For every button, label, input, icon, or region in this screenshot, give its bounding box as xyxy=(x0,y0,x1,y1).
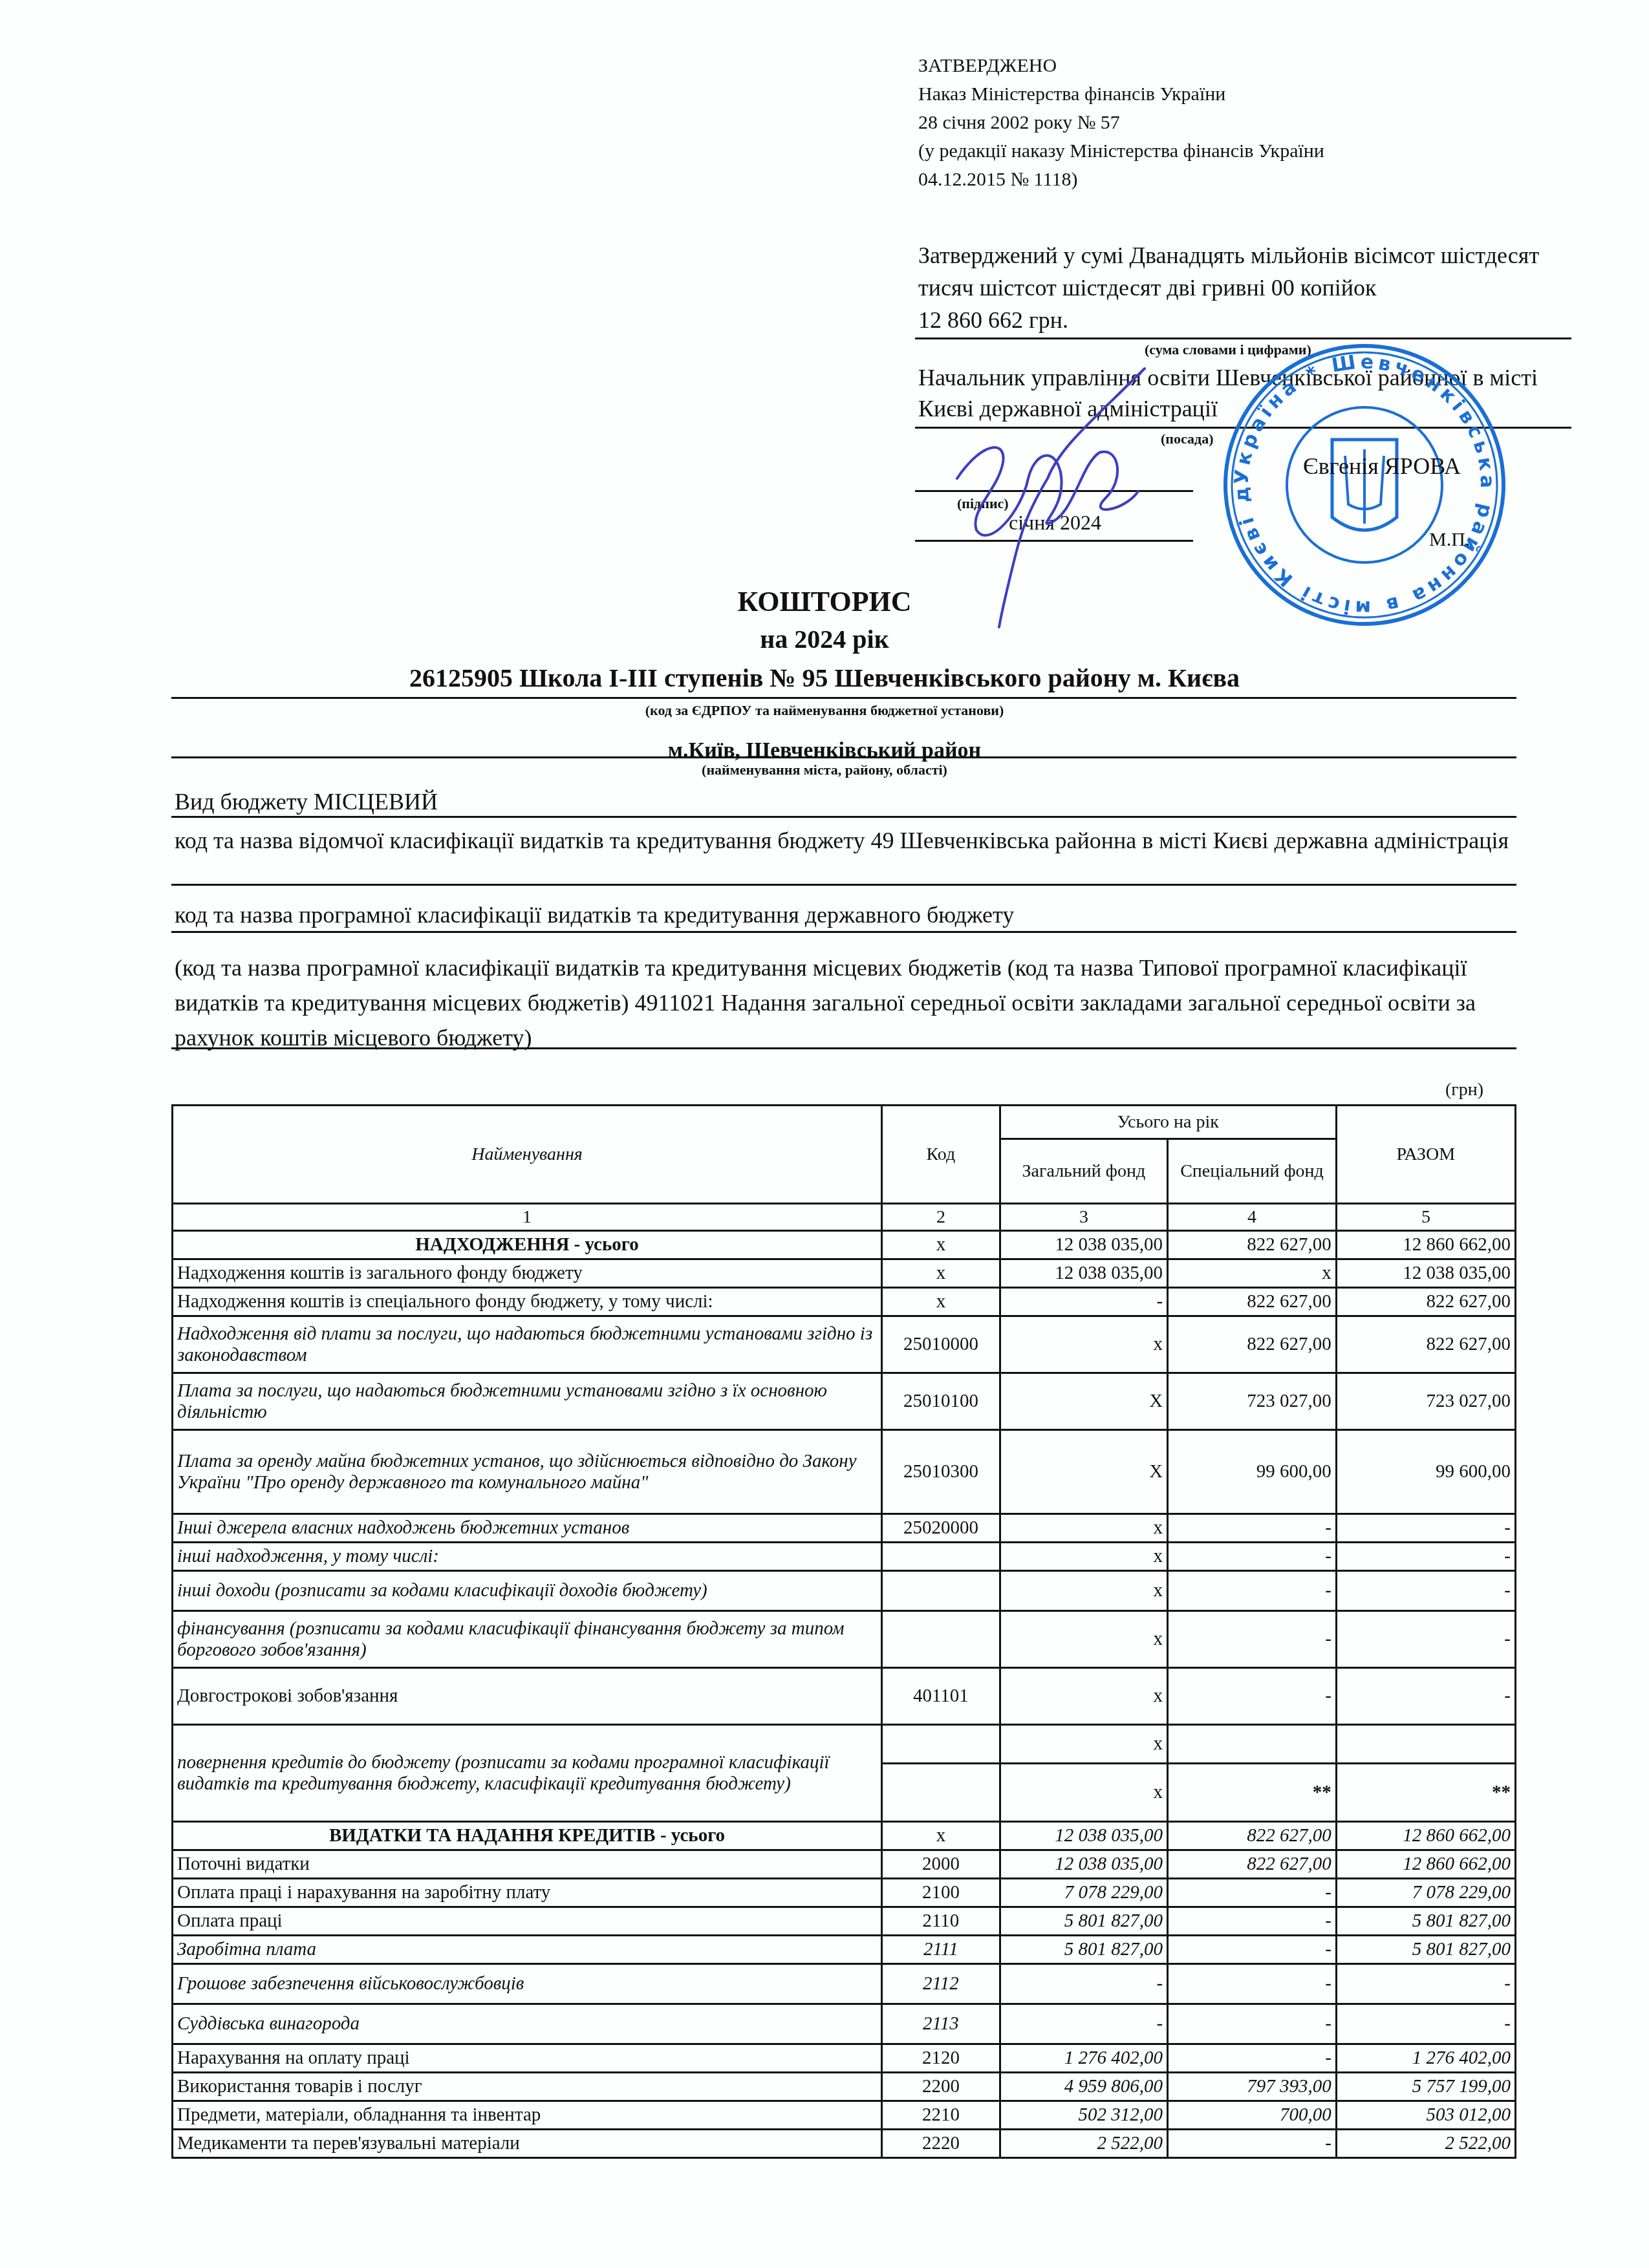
row-total: 723 027,00 xyxy=(1336,1373,1515,1430)
table-row: повернення кредитів до бюджету (розписат… xyxy=(173,1725,1516,1764)
row-code: 2120 xyxy=(882,2044,1000,2073)
row-special-fund: 797 393,00 xyxy=(1168,2073,1337,2101)
row-total xyxy=(1336,1725,1515,1764)
row-general-fund: х xyxy=(1000,1571,1167,1611)
row-special-fund: - xyxy=(1168,1668,1337,1725)
row-code: 2210 xyxy=(882,2101,1000,2130)
table-row: Використання товарів і послуг22004 959 8… xyxy=(173,2073,1516,2101)
row-code: х xyxy=(882,1231,1000,1259)
signatory-name: Євгенія ЯРОВА xyxy=(1303,453,1461,480)
row-total: 7 078 229,00 xyxy=(1336,1879,1515,1907)
row-code: 25010300 xyxy=(882,1430,1000,1514)
row-special-fund: 723 027,00 xyxy=(1168,1373,1337,1430)
row-total: 99 600,00 xyxy=(1336,1430,1515,1514)
row-total: 822 627,00 xyxy=(1336,1288,1515,1316)
row-total: 5 757 199,00 xyxy=(1336,2073,1515,2101)
col-number: 5 xyxy=(1336,1204,1515,1231)
row-special-fund: - xyxy=(1168,1514,1337,1543)
row-name: Заробітна плата xyxy=(173,1936,882,1964)
row-name: Довгострокові зобов'язання xyxy=(173,1668,882,1725)
row-general-fund: х xyxy=(1000,1668,1167,1725)
row-code xyxy=(882,1543,1000,1571)
header-code: Код xyxy=(882,1106,1000,1204)
row-code: 2110 xyxy=(882,1907,1000,1936)
location: м.Київ, Шевченківський район xyxy=(0,738,1649,763)
row-code: 2220 xyxy=(882,2130,1000,2158)
col-number: 4 xyxy=(1168,1204,1337,1231)
row-name: Оплата праці xyxy=(173,1907,882,1936)
table-row: фінансування (розписати за кодами класиф… xyxy=(173,1611,1516,1668)
row-total: - xyxy=(1336,1964,1515,2004)
row-code: 401101 xyxy=(882,1668,1000,1725)
col-number: 3 xyxy=(1000,1204,1167,1231)
table-row: Довгострокові зобов'язання401101х-- xyxy=(173,1668,1516,1725)
table-row: ВИДАТКИ ТА НАДАННЯ КРЕДИТІВ - усьогох12 … xyxy=(173,1822,1516,1850)
row-code xyxy=(882,1611,1000,1668)
state-program: код та назва програмної класифікації вид… xyxy=(175,899,1513,931)
row-special-fund: - xyxy=(1168,1879,1337,1907)
row-general-fund: 12 038 035,00 xyxy=(1000,1231,1167,1259)
budget-type: Вид бюджету МІСЦЕВИЙ xyxy=(175,786,1513,818)
row-special-fund: - xyxy=(1168,1936,1337,1964)
row-name: Використання товарів і послуг xyxy=(173,2073,882,2101)
row-special-fund: 99 600,00 xyxy=(1168,1430,1337,1514)
row-general-fund: х xyxy=(1000,1543,1167,1571)
row-special-fund: 822 627,00 xyxy=(1168,1288,1337,1316)
row-total: 12 038 035,00 xyxy=(1336,1259,1515,1288)
row-special-fund: - xyxy=(1168,2004,1337,2044)
row-total: - xyxy=(1336,1611,1515,1668)
row-name: НАДХОДЖЕННЯ - усього xyxy=(173,1231,882,1259)
divider xyxy=(171,756,1516,758)
row-total: - xyxy=(1336,1668,1515,1725)
table-row: Плата за послуги, що надаються бюджетним… xyxy=(173,1373,1516,1430)
table-row: Оплата праці і нарахування на заробітну … xyxy=(173,1879,1516,1907)
table-row: Інші джерела власних надходжень бюджетни… xyxy=(173,1514,1516,1543)
table-row: Медикаменти та перев'язувальні матеріали… xyxy=(173,2130,1516,2158)
row-name: Поточні видатки xyxy=(173,1850,882,1879)
row-general-fund: х xyxy=(1000,1764,1167,1822)
approval-line: 04.12.2015 № 1118) xyxy=(918,166,1324,194)
row-special-fund: - xyxy=(1168,1611,1337,1668)
row-code: 2113 xyxy=(882,2004,1000,2044)
row-general-fund: 2 522,00 xyxy=(1000,2130,1167,2158)
row-general-fund: 1 276 402,00 xyxy=(1000,2044,1167,2073)
divider xyxy=(171,931,1516,933)
row-code: 2200 xyxy=(882,2073,1000,2101)
row-total: 5 801 827,00 xyxy=(1336,1907,1515,1936)
row-total: - xyxy=(1336,1514,1515,1543)
row-general-fund: 12 038 035,00 xyxy=(1000,1259,1167,1288)
location-caption: (найменування міста, району, області) xyxy=(0,762,1649,778)
table-row: Суддівська винагорода2113--- xyxy=(173,2004,1516,2044)
row-special-fund: - xyxy=(1168,1907,1337,1936)
approval-block: ЗАТВЕРДЖЕНО Наказ Міністерства фінансів … xyxy=(918,52,1324,194)
row-special-fund: ** xyxy=(1168,1764,1337,1822)
table-row: НАДХОДЖЕННЯ - усьогох12 038 035,00822 62… xyxy=(173,1231,1516,1259)
header-total: РАЗОМ xyxy=(1336,1106,1515,1204)
row-special-fund: 822 627,00 xyxy=(1168,1822,1337,1850)
row-name: Нарахування на оплату праці xyxy=(173,2044,882,2073)
row-code: 2000 xyxy=(882,1850,1000,1879)
row-general-fund: Х xyxy=(1000,1430,1167,1514)
institution-caption: (код за ЄДРПОУ та найменування бюджетної… xyxy=(0,702,1649,719)
local-program: (код та назва програмної класифікації ви… xyxy=(175,950,1513,1055)
row-special-fund: 700,00 xyxy=(1168,2101,1337,2130)
table-row: Предмети, матеріали, обладнання та інвен… xyxy=(173,2101,1516,2130)
approved-sum-digits: 12 860 662 грн. xyxy=(918,304,1571,336)
row-name: Надходження від плати за послуги, що над… xyxy=(173,1316,882,1373)
row-general-fund: - xyxy=(1000,1288,1167,1316)
row-total: 5 801 827,00 xyxy=(1336,1936,1515,1964)
row-special-fund xyxy=(1168,1725,1337,1764)
row-code xyxy=(882,1764,1000,1822)
divider xyxy=(171,816,1516,818)
row-total: ** xyxy=(1336,1764,1515,1822)
approved-sum: Затверджений у сумі Дванадцять мільйонів… xyxy=(918,239,1571,336)
row-general-fund: 5 801 827,00 xyxy=(1000,1936,1167,1964)
approval-line: (у редакції наказу Міністерства фінансів… xyxy=(918,137,1324,166)
header-year-total: Усього на рік xyxy=(1000,1106,1336,1139)
row-total: 12 860 662,00 xyxy=(1336,1850,1515,1879)
row-general-fund: 12 038 035,00 xyxy=(1000,1850,1167,1879)
approved-sum-words: Затверджений у сумі Дванадцять мільйонів… xyxy=(918,239,1571,304)
document-year: на 2024 рік xyxy=(0,624,1649,654)
row-total: - xyxy=(1336,2004,1515,2044)
row-code: 25020000 xyxy=(882,1514,1000,1543)
table-row: інші доходи (розписати за кодами класифі… xyxy=(173,1571,1516,1611)
divider xyxy=(171,884,1516,886)
row-name: ВИДАТКИ ТА НАДАННЯ КРЕДИТІВ - усього xyxy=(173,1822,882,1850)
row-general-fund: 5 801 827,00 xyxy=(1000,1907,1167,1936)
row-name: фінансування (розписати за кодами класиф… xyxy=(173,1611,882,1668)
table-row: Грошове забезпечення військовослужбовців… xyxy=(173,1964,1516,2004)
table-row: інші надходження, у тому числі:х-- xyxy=(173,1543,1516,1571)
row-special-fund: - xyxy=(1168,2130,1337,2158)
row-name: Грошове забезпечення військовослужбовців xyxy=(173,1964,882,2004)
table-row: Нарахування на оплату праці21201 276 402… xyxy=(173,2044,1516,2073)
currency-unit: (грн) xyxy=(1445,1080,1483,1100)
row-total: 12 860 662,00 xyxy=(1336,1231,1515,1259)
row-code: 25010000 xyxy=(882,1316,1000,1373)
header-general-fund: Загальний фонд xyxy=(1000,1139,1167,1204)
row-general-fund: 12 038 035,00 xyxy=(1000,1822,1167,1850)
row-general-fund: 7 078 229,00 xyxy=(1000,1879,1167,1907)
table-row: Надходження коштів із загального фонду б… xyxy=(173,1259,1516,1288)
table-row: Надходження коштів із спеціального фонду… xyxy=(173,1288,1516,1316)
row-total: 2 522,00 xyxy=(1336,2130,1515,2158)
row-code: х xyxy=(882,1259,1000,1288)
row-name: Предмети, матеріали, обладнання та інвен… xyxy=(173,2101,882,2130)
row-code: х xyxy=(882,1288,1000,1316)
row-code: 2100 xyxy=(882,1879,1000,1907)
table-row: Плата за оренду майна бюджетних установ,… xyxy=(173,1430,1516,1514)
row-name: Медикаменти та перев'язувальні матеріали xyxy=(173,2130,882,2158)
approval-line: 28 січня 2002 року № 57 xyxy=(918,109,1324,137)
row-total: 822 627,00 xyxy=(1336,1316,1515,1373)
row-name: Інші джерела власних надходжень бюджетни… xyxy=(173,1514,882,1543)
row-special-fund: - xyxy=(1168,1571,1337,1611)
row-name: Надходження коштів із спеціального фонду… xyxy=(173,1288,882,1316)
row-total: - xyxy=(1336,1571,1515,1611)
approval-line: ЗАТВЕРДЖЕНО xyxy=(918,52,1324,80)
row-general-fund: 4 959 806,00 xyxy=(1000,2073,1167,2101)
row-special-fund: 822 627,00 xyxy=(1168,1316,1337,1373)
row-code: х xyxy=(882,1822,1000,1850)
table-row: Надходження від плати за послуги, що над… xyxy=(173,1316,1516,1373)
header-name: Найменування xyxy=(173,1106,882,1204)
row-special-fund: - xyxy=(1168,1543,1337,1571)
table-row: Оплата праці21105 801 827,00-5 801 827,0… xyxy=(173,1907,1516,1936)
row-name: повернення кредитів до бюджету (розписат… xyxy=(173,1725,882,1822)
row-total: 12 860 662,00 xyxy=(1336,1822,1515,1850)
document-title: КОШТОРИС xyxy=(0,585,1649,618)
table-row: Поточні видатки200012 038 035,00822 627,… xyxy=(173,1850,1516,1879)
row-code xyxy=(882,1725,1000,1764)
row-general-fund: х xyxy=(1000,1725,1167,1764)
budget-table: Найменування Код Усього на рік РАЗОМ Заг… xyxy=(171,1104,1516,2159)
col-number: 2 xyxy=(882,1204,1000,1231)
institution-name: 26125905 Школа І-ІІІ ступенів № 95 Шевче… xyxy=(0,663,1649,693)
row-code: 2112 xyxy=(882,1964,1000,2004)
header-special-fund: Спеціальний фонд xyxy=(1168,1139,1337,1204)
row-total: - xyxy=(1336,1543,1515,1571)
row-name: Плата за оренду майна бюджетних установ,… xyxy=(173,1430,882,1514)
row-special-fund: 822 627,00 xyxy=(1168,1231,1337,1259)
row-total: 503 012,00 xyxy=(1336,2101,1515,2130)
row-general-fund: - xyxy=(1000,2004,1167,2044)
row-special-fund: - xyxy=(1168,1964,1337,2004)
row-name: Плата за послуги, що надаються бюджетним… xyxy=(173,1373,882,1430)
row-special-fund: х xyxy=(1168,1259,1337,1288)
row-name: інші доходи (розписати за кодами класифі… xyxy=(173,1571,882,1611)
row-general-fund: х xyxy=(1000,1316,1167,1373)
row-code: 25010100 xyxy=(882,1373,1000,1430)
col-number: 1 xyxy=(173,1204,882,1231)
row-name: Оплата праці і нарахування на заробітну … xyxy=(173,1879,882,1907)
row-general-fund: х xyxy=(1000,1514,1167,1543)
row-name: Суддівська винагорода xyxy=(173,2004,882,2044)
approval-line: Наказ Міністерства фінансів України xyxy=(918,80,1324,109)
row-general-fund: - xyxy=(1000,1964,1167,2004)
row-total: 1 276 402,00 xyxy=(1336,2044,1515,2073)
row-code: 2111 xyxy=(882,1936,1000,1964)
row-general-fund: Х xyxy=(1000,1373,1167,1430)
dept-classification: код та назва відомчої класифікації видат… xyxy=(175,824,1513,857)
divider xyxy=(171,697,1516,699)
row-general-fund: х xyxy=(1000,1611,1167,1668)
row-general-fund: 502 312,00 xyxy=(1000,2101,1167,2130)
row-special-fund: - xyxy=(1168,2044,1337,2073)
row-name: Надходження коштів із загального фонду б… xyxy=(173,1259,882,1288)
seal-mark: М.П. xyxy=(1429,529,1470,551)
row-code xyxy=(882,1571,1000,1611)
table-row: Заробітна плата21115 801 827,00-5 801 82… xyxy=(173,1936,1516,1964)
row-name: інші надходження, у тому числі: xyxy=(173,1543,882,1571)
divider xyxy=(171,1047,1516,1049)
row-special-fund: 822 627,00 xyxy=(1168,1850,1337,1879)
